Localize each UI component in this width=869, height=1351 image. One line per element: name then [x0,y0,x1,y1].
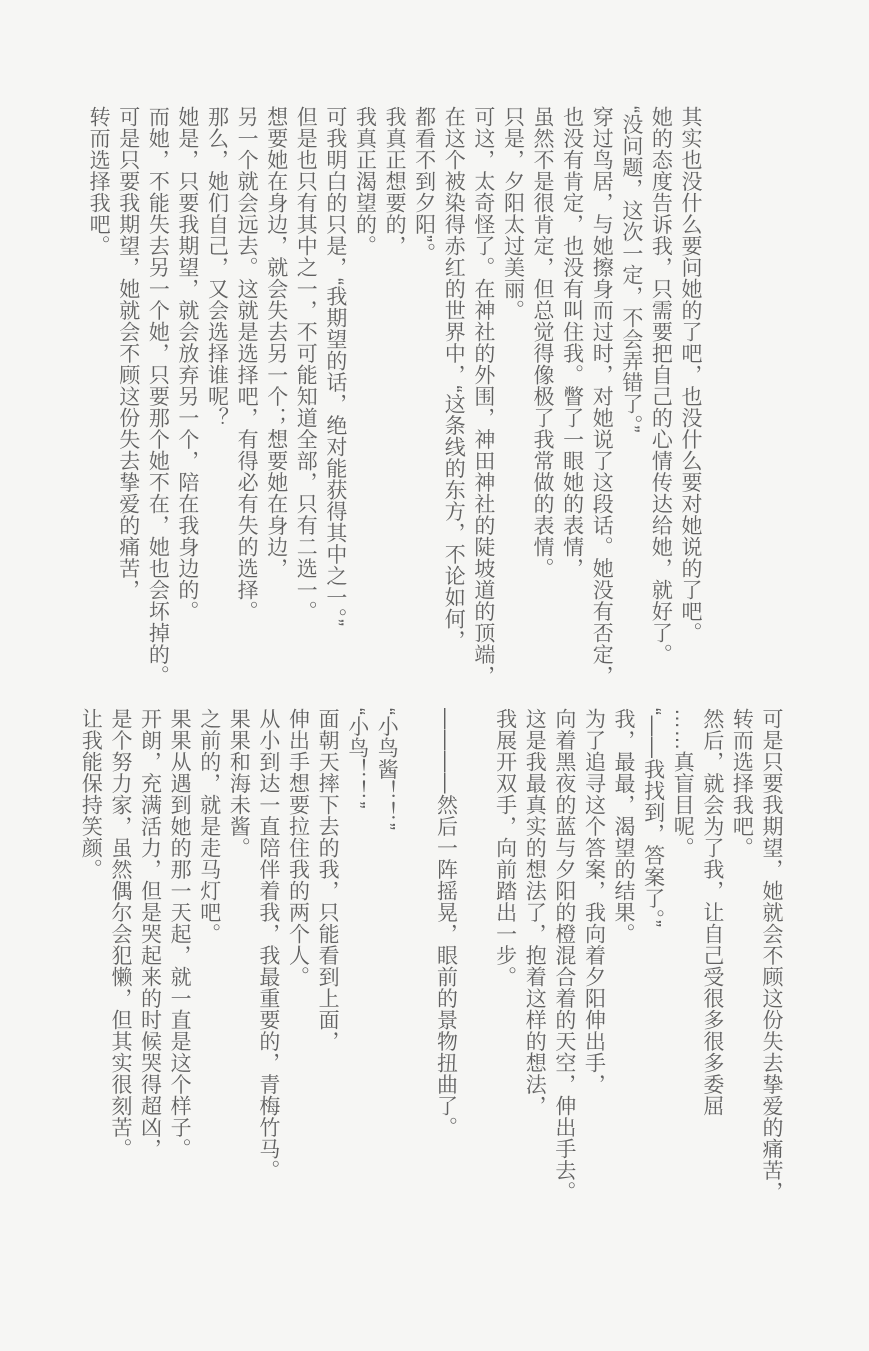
text-column-20: 之前的，就是走马灯吧。 [194,708,224,1208]
text-column-16: 另一个就会远去。这就是选择吧，有得必有失的选择。 [232,106,262,716]
blank-column [460,708,490,1208]
text-column-19: 果果和海未酱。 [224,708,254,1208]
text-column-6: 虽然不是很肯定，但总觉得像极了我常做的表情。 [527,106,557,716]
text-column-6: 我，最最，渴望的结果。 [608,708,638,1208]
text-column-3: 然后，就会为了我，让自己受很多很多委屈 [697,708,727,1208]
text-column-7: 为了追寻这个答案，我向着夕阳伸出手， [579,708,609,1208]
text-column-16: 面朝天摔下去的我，只能看到上面， [313,708,343,1208]
text-column-15: 想要她在身边，就会失去另一个；想要她在身边， [261,106,291,716]
text-column-21: 转而选择我吧。 [84,106,114,716]
text-column-4: 穿过鸟居，与她擦身而过时，对她说了这段话。她没有否定， [587,106,617,716]
text-column-24: 让我能保持笑颜。 [76,708,106,1208]
text-column-8: 可这，太奇怪了。在神社的外围，神田神社的陡坡道的顶端， [468,106,498,716]
text-column-1: 可是只要我期望，她就会不顾这份失去挚爱的痛苦， [756,708,786,1208]
text-column-1: 其实也没什么要问她的了吧，也没什么要对她说的了吧。 [675,106,705,716]
text-column-2: 转而选择我吧。 [727,708,757,1208]
text-column-19: 而她，不能失去另一个她，只要那个她不在，她也会坏掉的。 [143,106,173,716]
page-text-upper: 其实也没什么要问她的了吧，也没什么要对她说的了吧。她的态度告诉我，只需要把自己的… [84,106,705,716]
blank-column [401,708,431,1208]
text-column-5: “——我找到，答案了。” [638,708,668,1208]
page-text-lower: 可是只要我期望，她就会不顾这份失去挚爱的痛苦，转而选择我吧。然后，就会为了我，让… [76,708,786,1208]
text-column-7: 只是，夕阳太过美丽。 [498,106,528,716]
text-column-5: 也没有肯定，也没有叫住我。瞥了一眼她的表情， [557,106,587,716]
text-column-18: 从小到达一直陪伴着我，我最重要的，青梅竹马。 [253,708,283,1208]
text-column-17: 那么，她们自己，又会选择谁呢？ [202,106,232,716]
text-column-21: 果果从遇到她的那一天起，就一直是这个样子。 [165,708,195,1208]
text-column-2: 她的态度告诉我，只需要把自己的心情传达给她，就好了。 [646,106,676,716]
text-column-9: 在这个被染得赤红的世界中，“这条线的东方，不论如何， [439,106,469,716]
text-column-13: 可我明白的只是，“我期望的话，绝对能获得其中之一。” [320,106,350,716]
text-column-12: 我真正渴望的。 [350,106,380,716]
text-column-9: 这是我最真实的想法了，抱着这样的想法， [520,708,550,1208]
text-column-17: 伸出手想要拉住我的两个人。 [283,708,313,1208]
text-column-10: 都看不到夕阳”。 [409,106,439,716]
reader-page: 其实也没什么要问她的了吧，也没什么要对她说的了吧。她的态度告诉我，只需要把自己的… [0,0,869,1351]
text-column-22: 开朗，充满活力，但是哭起来的时候哭得超凶， [135,708,165,1208]
text-column-14: 但是也只有其中之一，不可能知道全部，只有二选一。 [291,106,321,716]
text-column-11: 我真正想要的， [379,106,409,716]
text-column-12: ————然后一阵摇晃，眼前的景物扭曲了。 [431,708,461,1208]
text-column-8: 向着黑夜的蓝与夕阳的橙混合着的天空，伸出手去。 [549,708,579,1208]
text-column-20: 可是只要我期望，她就会不顾这份失去挚爱的痛苦， [113,106,143,716]
text-column-15: “小鸟！！” [342,708,372,1208]
text-column-23: 是个努力家，虽然偶尔会犯懒，但其实很刻苦。 [105,708,135,1208]
text-column-18: 她是，只要我期望，就会放弃另一个，陪在我身边的。 [172,106,202,716]
text-column-14: “小鸟酱！！” [372,708,402,1208]
text-column-10: 我展开双手，向前踏出一步。 [490,708,520,1208]
text-column-4: ……真盲目呢。 [668,708,698,1208]
text-column-3: “没问题，这次一定，不会弄错了。” [616,106,646,716]
